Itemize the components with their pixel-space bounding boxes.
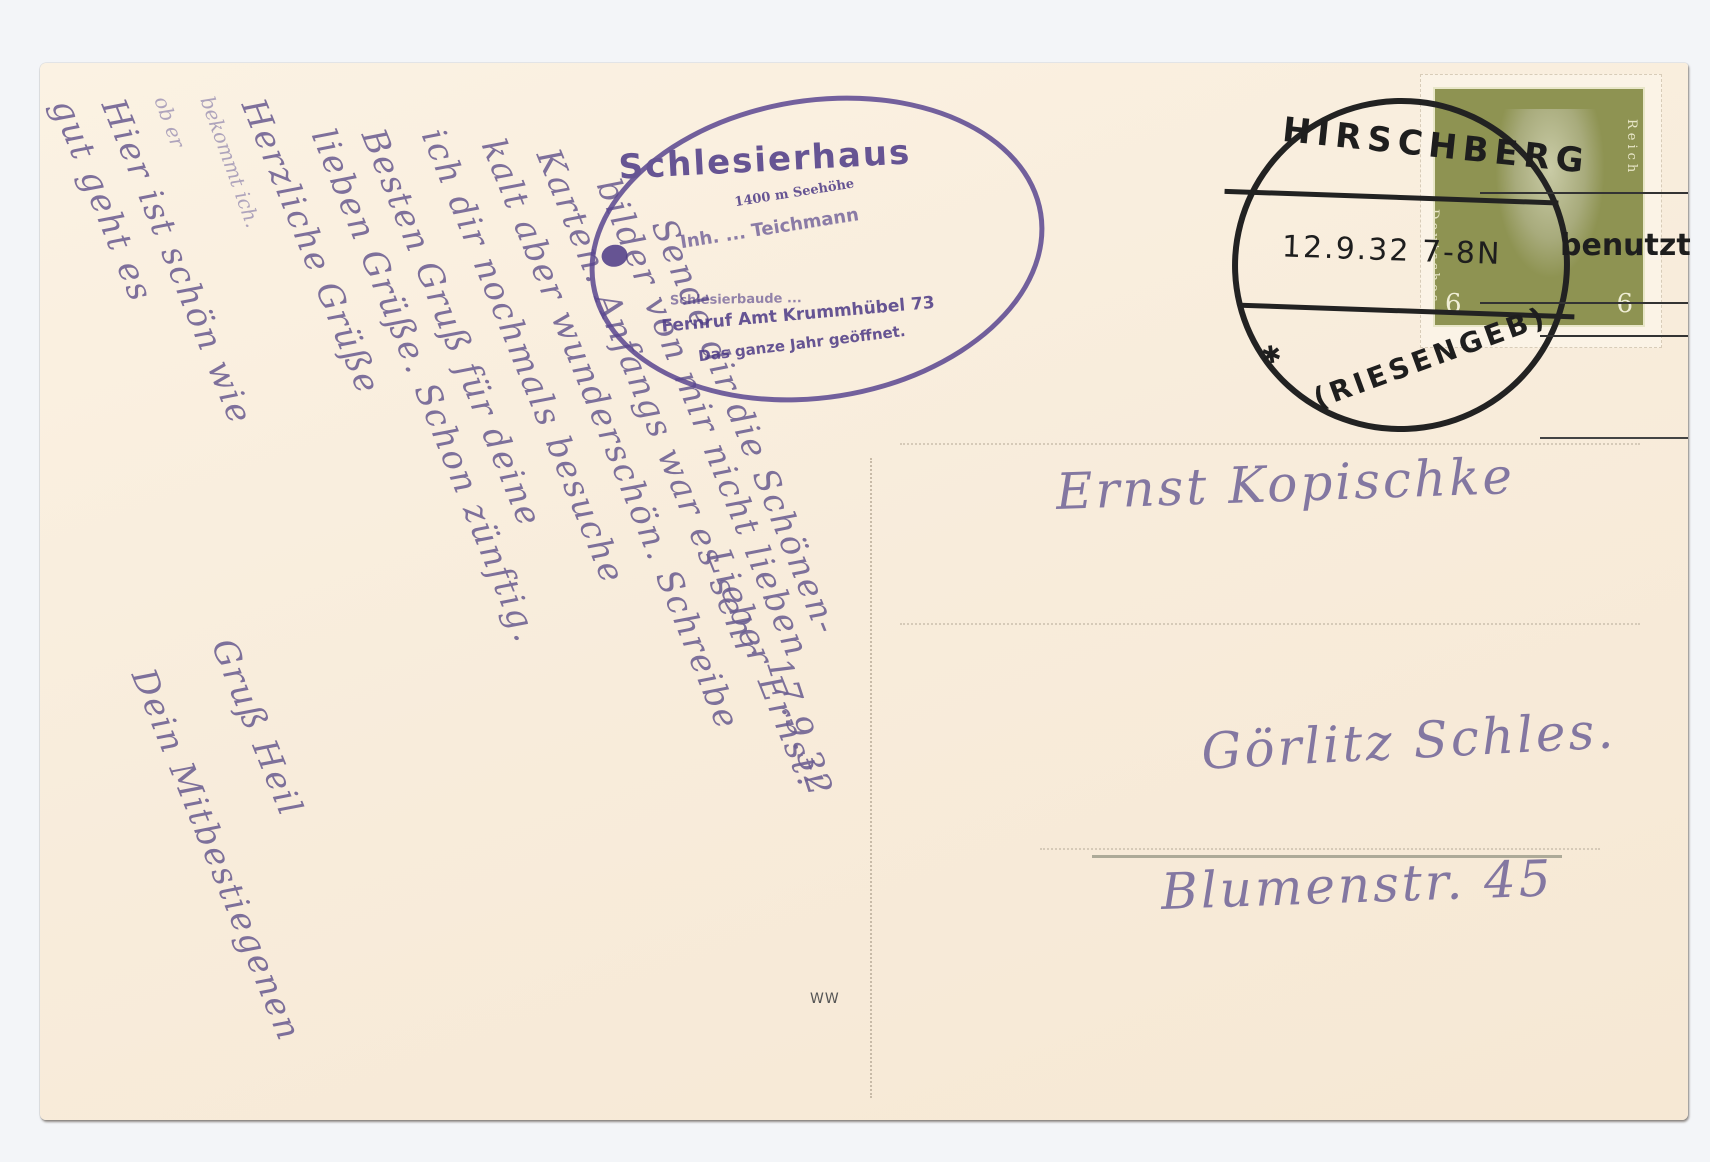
address-name: Ernst Kopischke <box>1055 447 1516 521</box>
stamp-ink-blot <box>600 243 629 269</box>
center-divider <box>870 458 872 1098</box>
hotel-owner: Inh. ... Teichmann <box>679 204 861 253</box>
postmark-date: 12.9.32 7-8N <box>1281 229 1502 272</box>
message-line: Gruß Heil <box>203 633 311 823</box>
message-line: Dein Mitbestiegenen <box>123 663 309 1047</box>
cancel-wave-icon <box>1540 335 1688 439</box>
hotel-altitude: 1400 m Seehöhe <box>734 176 856 210</box>
address-rule <box>900 443 1640 445</box>
cancel-line <box>1480 192 1688 194</box>
cancel-line <box>1480 302 1688 304</box>
printer-mark: WW <box>810 991 840 1007</box>
address-city: Görlitz Schles. <box>1200 701 1617 781</box>
address-street: Blumenstr. 45 <box>1160 849 1555 921</box>
message-margin-line: ob er <box>149 93 190 151</box>
address-rule <box>900 623 1640 625</box>
machine-cancel-text: benutzt <box>1560 228 1691 263</box>
star-icon: ✱ <box>1259 340 1283 371</box>
